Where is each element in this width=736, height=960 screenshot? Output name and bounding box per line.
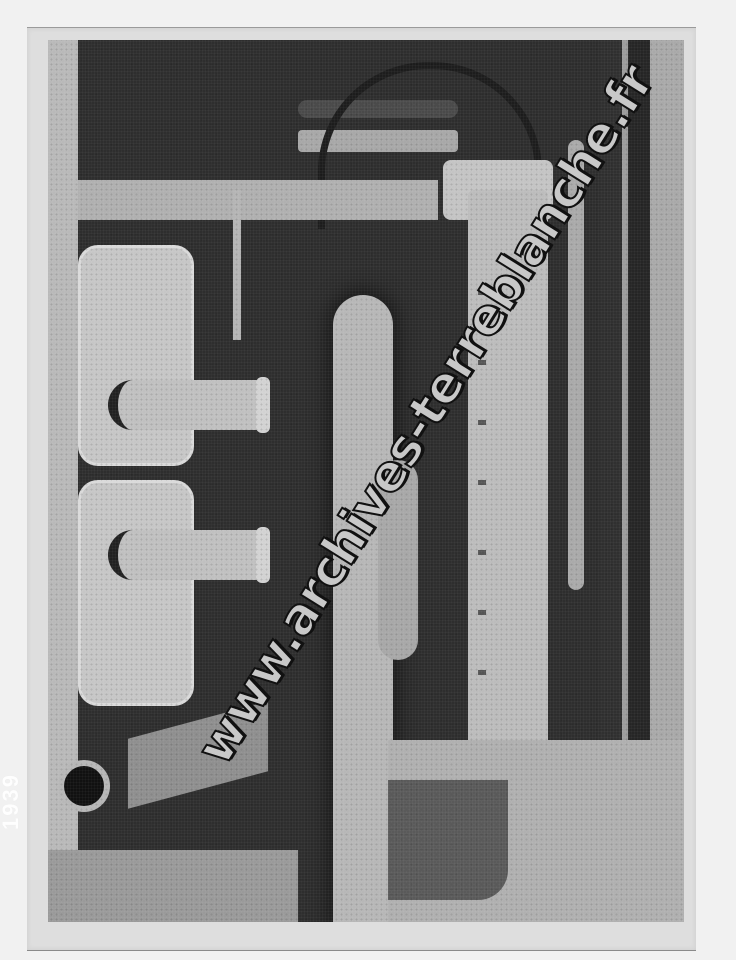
margin-year-mark: 1939 xyxy=(0,700,22,830)
photo-grain xyxy=(48,40,684,922)
archival-photo xyxy=(48,40,684,922)
